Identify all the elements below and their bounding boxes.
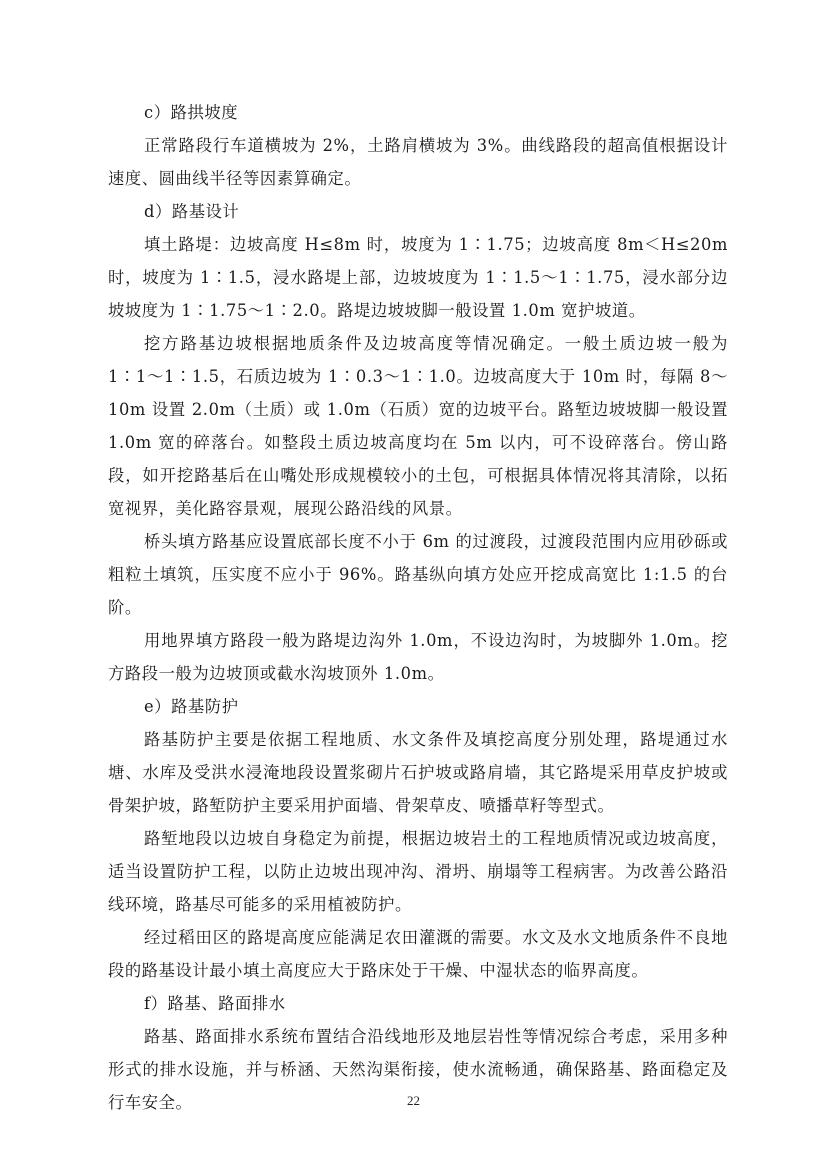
section-heading-subgrade-design: d）路基设计 [108,195,728,228]
paragraph-protection-main: 路基防护主要是依据工程地质、水文条件及填挖高度分别处理，路堤通过水塘、水库及受洪… [108,723,728,822]
paragraph-crown-slope: 正常路段行车道横坡为 2%，土路肩横坡为 3%。曲线路段的超高值根据设计速度、圆… [108,129,728,195]
paragraph-cut-slope: 挖方路基边坡根据地质条件及边坡高度等情况确定。一般土质边坡一般为 1∶1～1∶1… [108,327,728,525]
section-heading-crown-slope: c）路拱坡度 [108,96,728,129]
paragraph-cutting-protection: 路堑地段以边坡自身稳定为前提，根据边坡岩土的工程地质情况或边坡高度，适当设置防护… [108,822,728,921]
section-heading-drainage: f）路基、路面排水 [108,987,728,1020]
page-number: 22 [0,1093,827,1109]
paragraph-land-boundary: 用地界填方路段一般为路堤边沟外 1.0m，不设边沟时，为坡脚外 1.0m。挖方路… [108,624,728,690]
section-heading-subgrade-protection: e）路基防护 [108,690,728,723]
paragraph-bridge-approach: 桥头填方路基应设置底部长度不小于 6m 的过渡段，过渡段范围内应用砂砾或粗粒土填… [108,525,728,624]
paragraph-paddy-field: 经过稻田区的路堤高度应能满足农田灌溉的需要。水文及水文地质条件不良地段的路基设计… [108,921,728,987]
document-body: c）路拱坡度 正常路段行车道横坡为 2%，土路肩横坡为 3%。曲线路段的超高值根… [108,96,728,1119]
paragraph-fill-embankment: 填土路堤：边坡高度 H≤8m 时，坡度为 1∶1.75；边坡高度 8m＜H≤20… [108,228,728,327]
